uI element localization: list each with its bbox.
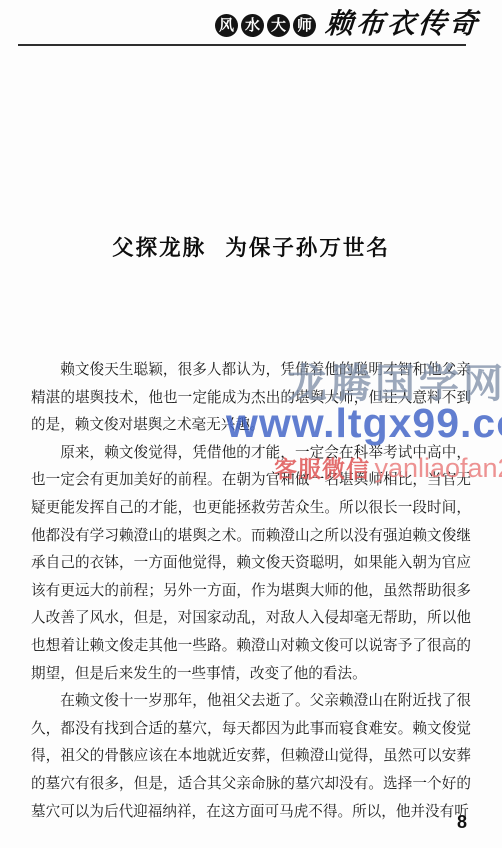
series-badge-char: 水 (241, 14, 264, 37)
series-title: 风 水 大 师 赖布衣传奇 (215, 11, 480, 39)
chapter-title-part1: 父探龙脉 (112, 236, 206, 260)
book-page: 风 水 大 师 赖布衣传奇 父探龙脉为保子孙万世名 赖文俊天生聪颖，很多人都认为… (0, 0, 502, 848)
paragraph-2: 原来，赖文俊觉得，凭借他的才能，一定会在科举考试中高中，也一定会有更加美好的前程… (31, 440, 471, 688)
body-text: 赖文俊天生聪颖，很多人都认为，凭借着他的聪明才智和他父亲精湛的堪舆技术，他也一定… (31, 357, 471, 826)
paragraph-1: 赖文俊天生聪颖，很多人都认为，凭借着他的聪明才智和他父亲精湛的堪舆技术，他也一定… (31, 357, 471, 440)
chapter-title: 父探龙脉为保子孙万世名 (0, 231, 502, 262)
series-title-text: 赖布衣传奇 (324, 11, 481, 39)
page-number: 8 (452, 812, 472, 833)
series-badge-char: 风 (215, 14, 238, 37)
header-divider (18, 44, 466, 46)
series-badge-char: 师 (293, 14, 316, 37)
series-badge-char: 大 (267, 14, 290, 37)
paragraph-3: 在赖文俊十一岁那年，他祖父去逝了。父亲赖澄山在附近找了很久，都没有找到合适的墓穴… (31, 688, 471, 826)
chapter-title-part2: 为保子孙万世名 (225, 236, 390, 260)
